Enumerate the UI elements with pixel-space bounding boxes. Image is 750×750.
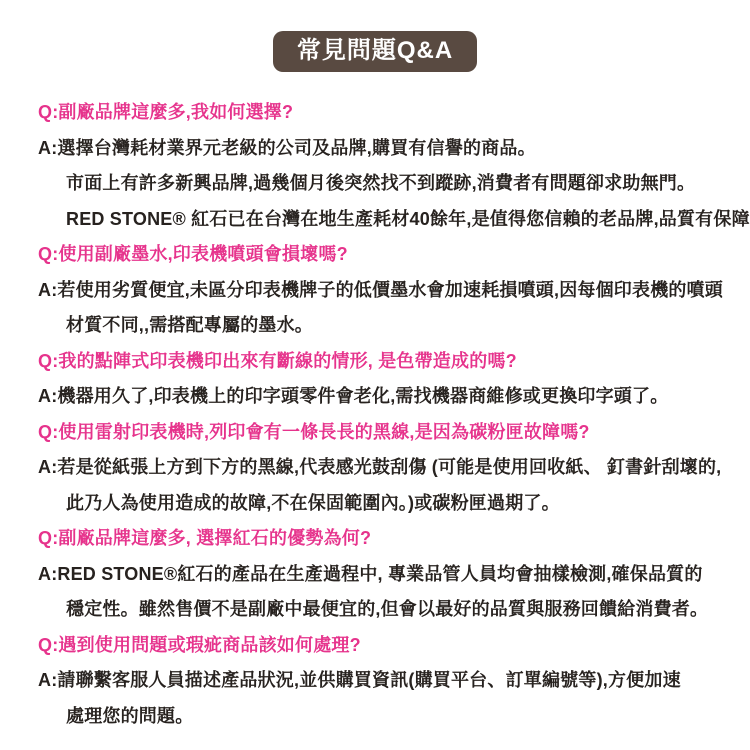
question: Q:副廠品牌這麼多,我如何選擇? <box>38 95 730 131</box>
answer-line: 處理您的問題。 <box>38 699 730 735</box>
faq-list: Q:副廠品牌這麼多,我如何選擇? A:選擇台灣耗材業界元老級的公司及品牌,購買有… <box>0 72 750 734</box>
faq-page: 常見問題Q&A Q:副廠品牌這麼多,我如何選擇? A:選擇台灣耗材業界元老級的公… <box>0 0 750 750</box>
answer-line: A:機器用久了,印表機上的印字頭零件會老化,需找機器商維修或更換印字頭了。 <box>38 379 730 415</box>
answer-line: A:RED STONE®紅石的產品在生產過程中, 專業品管人員均會抽樣檢測,確保… <box>38 557 730 593</box>
answer-line: A:若使用劣質便宜,未區分印表機牌子的低價墨水會加速耗損噴頭,因每個印表機的噴頭 <box>38 273 730 309</box>
question: Q:使用雷射印表機時,列印會有一條長長的黑線,是因為碳粉匣故障嗎? <box>38 415 730 451</box>
answer-line: 市面上有許多新興品牌,過幾個月後突然找不到蹤跡,消費者有問題卻求助無門。 <box>38 166 730 202</box>
question: Q:我的點陣式印表機印出來有斷線的情形, 是色帶造成的嗎? <box>38 344 730 380</box>
question: Q:遇到使用問題或瑕疵商品該如何處理? <box>38 628 730 664</box>
answer-line: A:請聯繫客服人員描述產品狀況,並供購買資訊(購買平台、訂單編號等),方便加速 <box>38 663 730 699</box>
answer-line: RED STONE® 紅石已在台灣在地生產耗材40餘年,是值得您信賴的老品牌,品… <box>38 202 730 238</box>
question: Q:使用副廠墨水,印表機噴頭會損壞嗎? <box>38 237 730 273</box>
header: 常見問題Q&A <box>0 0 750 72</box>
answer-line: 穩定性。雖然售價不是副廠中最便宜的,但會以最好的品質與服務回饋給消費者。 <box>38 592 730 628</box>
answer-line: A:選擇台灣耗材業界元老級的公司及品牌,購買有信譽的商品。 <box>38 131 730 167</box>
answer-line: A:若是從紙張上方到下方的黑線,代表感光鼓刮傷 (可能是使用回收紙、 釘書針刮壞… <box>38 450 730 486</box>
question: Q:副廠品牌這麼多, 選擇紅石的優勢為何? <box>38 521 730 557</box>
page-title: 常見問題Q&A <box>273 31 477 72</box>
answer-line: 材質不同,,需搭配專屬的墨水。 <box>38 308 730 344</box>
answer-line: 此乃人為使用造成的故障,不在保固範圍內。)或碳粉匣過期了。 <box>38 486 730 522</box>
